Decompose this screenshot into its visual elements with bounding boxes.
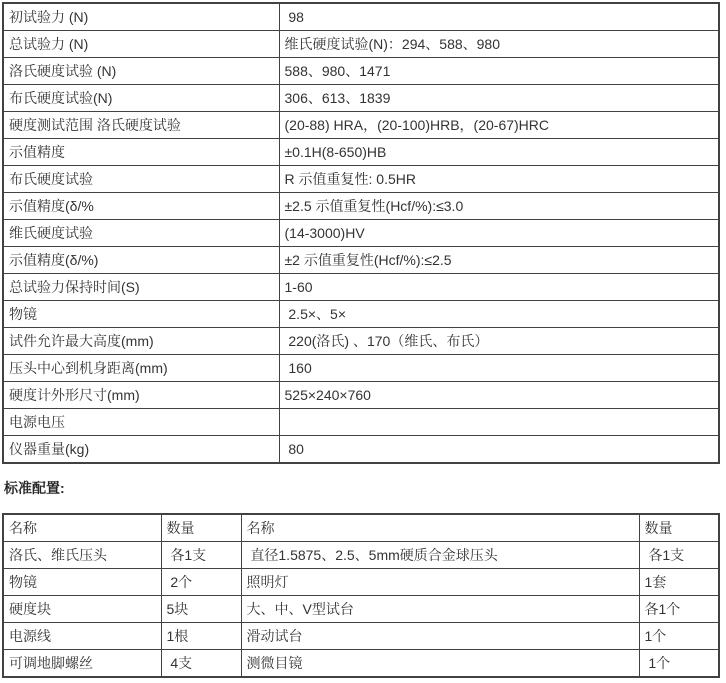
spec-value-cell: 2.5×、5× (279, 301, 719, 328)
config-name-cell: 物镜 (3, 569, 161, 596)
config-header-cell: 数量 (161, 514, 241, 542)
spec-value-cell: ±0.1H(8-650)HB (279, 139, 719, 166)
spec-value-cell: (14-3000)HV (279, 220, 719, 247)
spec-label-cell: 布氏硬度试验(N) (3, 85, 279, 112)
config-name-cell: 测微目镜 (241, 650, 639, 678)
spec-value-cell: 1-60 (279, 274, 719, 301)
spec-label-cell: 总试验力 (N) (3, 31, 279, 58)
spec-value-cell: ±2 示值重复性(Hcf/%):≤2.5 (279, 247, 719, 274)
config-name-cell: 硬度块 (3, 596, 161, 623)
table-row: 维氏硬度试验 (14-3000)HV (3, 220, 719, 247)
config-qty-cell: 1根 (161, 623, 241, 650)
spec-label-cell: 仪器重量(kg) (3, 436, 279, 464)
config-header-cell: 名称 (241, 514, 639, 542)
config-name-cell: 滑动试台 (241, 623, 639, 650)
table-row: 试件允许最大高度(mm) 220(洛氏) 、170（维氏、布氏） (3, 328, 719, 355)
table-row: 布氏硬度试验(N) 306、613、1839 (3, 85, 719, 112)
spec-label-cell: 试件允许最大高度(mm) (3, 328, 279, 355)
config-qty-cell: 1套 (639, 569, 719, 596)
config-name-cell: 可调地脚螺丝 (3, 650, 161, 678)
table-row: 物镜 2.5×、5× (3, 301, 719, 328)
config-header-cell: 名称 (3, 514, 161, 542)
config-qty-cell: 1个 (639, 650, 719, 678)
table-row: 电源线 1根 滑动试台 1个 (3, 623, 719, 650)
spec-value-cell: R 示值重复性: 0.5HR (279, 166, 719, 193)
config-qty-cell: 2个 (161, 569, 241, 596)
spec-label-cell: 电源电压 (3, 409, 279, 436)
spec-label-cell: 示值精度(δ/%) (3, 247, 279, 274)
spec-value-cell: 220(洛氏) 、170（维氏、布氏） (279, 328, 719, 355)
spec-label-cell: 维氏硬度试验 (3, 220, 279, 247)
config-qty-cell: 各1支 (161, 542, 241, 569)
table-row: 初试验力 (N) 98 (3, 3, 719, 31)
table-row: 仪器重量(kg) 80 (3, 436, 719, 464)
config-qty-cell: 4支 (161, 650, 241, 678)
table-row: 电源电压 (3, 409, 719, 436)
config-qty-cell: 1个 (639, 623, 719, 650)
table-row: 硬度计外形尺寸(mm) 525×240×760 (3, 382, 719, 409)
table-row: 总试验力保持时间(S) 1-60 (3, 274, 719, 301)
table-row: 压头中心到机身距离(mm) 160 (3, 355, 719, 382)
spec-label-cell: 硬度测试范围 洛氏硬度试验 (3, 112, 279, 139)
spec-label-cell: 物镜 (3, 301, 279, 328)
spec-label-cell: 压头中心到机身距离(mm) (3, 355, 279, 382)
spec-value-cell (279, 409, 719, 436)
table-header-row: 名称 数量 名称 数量 (3, 514, 719, 542)
spec-value-cell: 80 (279, 436, 719, 464)
spec-value-cell: 维氏硬度试验(N)：294、588、980 (279, 31, 719, 58)
spec-label-cell: 总试验力保持时间(S) (3, 274, 279, 301)
config-name-cell: 大、中、V型试台 (241, 596, 639, 623)
config-header-cell: 数量 (639, 514, 719, 542)
config-name-cell: 直径1.5875、2.5、5mm硬质合金球压头 (241, 542, 639, 569)
config-name-cell: 电源线 (3, 623, 161, 650)
spec-value-cell: (20-88) HRA，(20-100)HRB，(20-67)HRC (279, 112, 719, 139)
spec-value-cell: 160 (279, 355, 719, 382)
table-row: 示值精度(δ/% ±2.5 示值重复性(Hcf/%):≤3.0 (3, 193, 719, 220)
config-qty-cell: 各1个 (639, 596, 719, 623)
config-qty-cell: 各1支 (639, 542, 719, 569)
spec-label-cell: 布氏硬度试验 (3, 166, 279, 193)
table-row: 硬度测试范围 洛氏硬度试验 (20-88) HRA，(20-100)HRB，(2… (3, 112, 719, 139)
spec-label-cell: 示值精度 (3, 139, 279, 166)
table-row: 示值精度 ±0.1H(8-650)HB (3, 139, 719, 166)
section-heading: 标准配置: (4, 479, 722, 497)
table-row: 物镜 2个 照明灯 1套 (3, 569, 719, 596)
spec-table: 初试验力 (N) 98 总试验力 (N) 维氏硬度试验(N)：294、588、9… (2, 2, 720, 464)
table-row: 洛氏、维氏压头 各1支 直径1.5875、2.5、5mm硬质合金球压头 各1支 (3, 542, 719, 569)
spec-value-cell: 98 (279, 3, 719, 31)
table-row: 洛氏硬度试验 (N) 588、980、1471 (3, 58, 719, 85)
config-name-cell: 照明灯 (241, 569, 639, 596)
table-row: 总试验力 (N) 维氏硬度试验(N)：294、588、980 (3, 31, 719, 58)
spec-label-cell: 示值精度(δ/% (3, 193, 279, 220)
spec-label-cell: 硬度计外形尺寸(mm) (3, 382, 279, 409)
table-row: 硬度块 5块 大、中、V型试台 各1个 (3, 596, 719, 623)
spec-value-cell: 306、613、1839 (279, 85, 719, 112)
spec-sheet-page: 初试验力 (N) 98 总试验力 (N) 维氏硬度试验(N)：294、588、9… (0, 0, 726, 680)
table-row: 可调地脚螺丝 4支 测微目镜 1个 (3, 650, 719, 678)
spec-label-cell: 初试验力 (N) (3, 3, 279, 31)
spec-label-cell: 洛氏硬度试验 (N) (3, 58, 279, 85)
spec-value-cell: 588、980、1471 (279, 58, 719, 85)
table-row: 示值精度(δ/%) ±2 示值重复性(Hcf/%):≤2.5 (3, 247, 719, 274)
config-name-cell: 洛氏、维氏压头 (3, 542, 161, 569)
config-table: 名称 数量 名称 数量 洛氏、维氏压头 各1支 直径1.5875、2.5、5mm… (2, 513, 720, 678)
config-qty-cell: 5块 (161, 596, 241, 623)
spec-value-cell: 525×240×760 (279, 382, 719, 409)
spec-value-cell: ±2.5 示值重复性(Hcf/%):≤3.0 (279, 193, 719, 220)
table-row: 布氏硬度试验 R 示值重复性: 0.5HR (3, 166, 719, 193)
